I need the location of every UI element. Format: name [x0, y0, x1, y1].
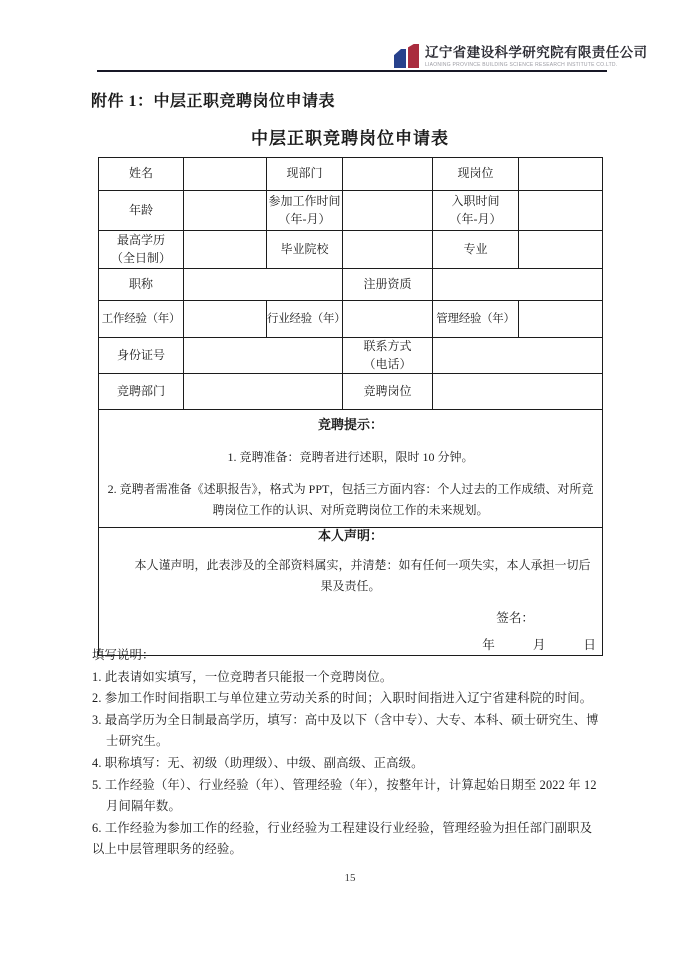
fill-instruction-line: 5. 工作经验（年）、行业经验（年）、管理经验（年），按整年计，计算起始日期至 …	[92, 775, 599, 797]
field-value-target-department	[184, 374, 343, 410]
fill-instruction-line: 以上中层管理职务的经验。	[92, 839, 599, 861]
table-row: 年龄 参加工作时间 （年-月） 入职时间 （年-月）	[99, 191, 603, 231]
table-row: 身份证号 联系方式 （电话）	[99, 338, 603, 374]
field-value-current-department	[343, 158, 433, 191]
field-value-major	[519, 231, 603, 269]
field-value-graduate-school	[343, 231, 433, 269]
company-name-block: 辽宁省建设科学研究院有限责任公司 LIAONING PROVINCE BUILD…	[425, 41, 610, 68]
field-label-id-number: 身份证号	[99, 338, 184, 374]
logo-red-shape	[408, 44, 419, 68]
field-label-name: 姓名	[99, 158, 184, 191]
fill-instruction-line: 3. 最高学历为全日制最高学历，填写：高中及以下（含中专）、大专、本科、硕士研究…	[92, 710, 599, 732]
field-value-work-start-time	[343, 191, 433, 231]
fill-instruction-line: 月间隔年数。	[106, 796, 599, 818]
field-label-industry-experience: 行业经验（年）	[267, 301, 343, 338]
field-value-work-experience	[184, 301, 267, 338]
signature-label: 签名：	[99, 609, 602, 627]
header-divider	[97, 70, 607, 72]
declaration-section: 本人声明： 本人谨声明，此表涉及的全部资料属实，并清楚：如有任何一项失实，本人承…	[99, 528, 603, 656]
field-label-management-experience: 管理经验（年）	[433, 301, 519, 338]
application-form-table: 姓名 现部门 现岗位 年龄 参加工作时间 （年-月） 入职时间 （年-月） 最高…	[98, 157, 603, 656]
field-value-industry-experience	[343, 301, 433, 338]
page-number: 15	[0, 872, 700, 884]
declaration-title: 本人声明：	[99, 528, 602, 544]
field-label-target-department: 竞聘部门	[99, 374, 184, 410]
fill-instruction-line: 士研究生。	[106, 731, 599, 753]
company-name-zh: 辽宁省建设科学研究院有限责任公司	[425, 41, 610, 61]
field-value-current-position	[519, 158, 603, 191]
field-value-id-number	[184, 338, 343, 374]
fill-instruction-line: 6. 工作经验为参加工作的经验，行业经验为工程建设行业经验，管理经验为担任部门副…	[92, 818, 599, 840]
hints-item-2-cont: 聘岗位工作的认识、对所竞聘岗位工作的未来规划。	[99, 500, 602, 521]
field-label-current-position: 现岗位	[433, 158, 519, 191]
hints-title: 竞聘提示：	[99, 417, 602, 433]
company-logo-icon	[393, 44, 423, 70]
fill-instruction-line: 1. 此表请如实填写，一位竞聘者只能报一个竞聘岗位。	[92, 667, 599, 689]
field-label-major: 专业	[433, 231, 519, 269]
field-value-professional-title	[184, 269, 343, 301]
field-label-work-experience: 工作经验（年）	[99, 301, 184, 338]
table-row: 竞聘部门 竞聘岗位	[99, 374, 603, 410]
table-row: 姓名 现部门 现岗位	[99, 158, 603, 191]
field-label-entry-time: 入职时间 （年-月）	[433, 191, 519, 231]
field-label-contact-phone: 联系方式 （电话）	[343, 338, 433, 374]
field-label-graduate-school: 毕业院校	[267, 231, 343, 269]
hints-section: 竞聘提示： 1. 竞聘准备：竞聘者进行述职，限时 10 分钟。 2. 竞聘者需准…	[99, 410, 603, 528]
field-value-name	[184, 158, 267, 191]
form-title: 中层正职竞聘岗位申请表	[98, 124, 602, 149]
table-row: 本人声明： 本人谨声明，此表涉及的全部资料属实，并清楚：如有任何一项失实，本人承…	[99, 528, 603, 656]
attachment-heading: 附件 1：中层正职竞聘岗位申请表	[91, 88, 335, 111]
field-label-work-start-time: 参加工作时间 （年-月）	[267, 191, 343, 231]
field-value-target-position	[433, 374, 603, 410]
field-label-professional-title: 职称	[99, 269, 184, 301]
document-page: 辽宁省建设科学研究院有限责任公司 LIAONING PROVINCE BUILD…	[0, 0, 700, 968]
table-row: 职称 注册资质	[99, 269, 603, 301]
declaration-text: 本人谨声明，此表涉及的全部资料属实，并清楚：如有任何一项失实，本人承担一切后	[99, 555, 602, 576]
table-row: 工作经验（年） 行业经验（年） 管理经验（年）	[99, 301, 603, 338]
field-value-registered-qualification	[433, 269, 603, 301]
fill-instructions: 填写说明： 1. 此表请如实填写，一位竞聘者只能报一个竞聘岗位。 2. 参加工作…	[92, 645, 599, 861]
field-value-contact-phone	[433, 338, 603, 374]
fill-instruction-line: 2. 参加工作时间指职工与单位建立劳动关系的时间；入职时间指进入辽宁省建科院的时…	[92, 688, 599, 710]
field-label-current-department: 现部门	[267, 158, 343, 191]
field-label-registered-qualification: 注册资质	[343, 269, 433, 301]
logo-blue-shape	[394, 49, 406, 68]
table-row: 最高学历 （全日制） 毕业院校 专业	[99, 231, 603, 269]
fill-instruction-line: 4. 职称填写：无、初级（助理级）、中级、副高级、正高级。	[92, 753, 599, 775]
hints-item-2: 2. 竞聘者需准备《述职报告》，格式为 PPT，包括三方面内容：个人过去的工作成…	[99, 479, 602, 500]
field-label-age: 年龄	[99, 191, 184, 231]
field-label-target-position: 竞聘岗位	[343, 374, 433, 410]
hints-item-1: 1. 竞聘准备：竞聘者进行述职，限时 10 分钟。	[99, 447, 602, 468]
declaration-text-cont: 果及责任。	[99, 576, 602, 597]
company-name-en: LIAONING PROVINCE BUILDING SCIENCE RESEA…	[425, 62, 610, 68]
field-value-age	[184, 191, 267, 231]
table-row: 竞聘提示： 1. 竞聘准备：竞聘者进行述职，限时 10 分钟。 2. 竞聘者需准…	[99, 410, 603, 528]
field-value-highest-education	[184, 231, 267, 269]
field-label-highest-education: 最高学历 （全日制）	[99, 231, 184, 269]
field-value-management-experience	[519, 301, 603, 338]
field-value-entry-time	[519, 191, 603, 231]
fill-instructions-title: 填写说明：	[92, 645, 599, 667]
